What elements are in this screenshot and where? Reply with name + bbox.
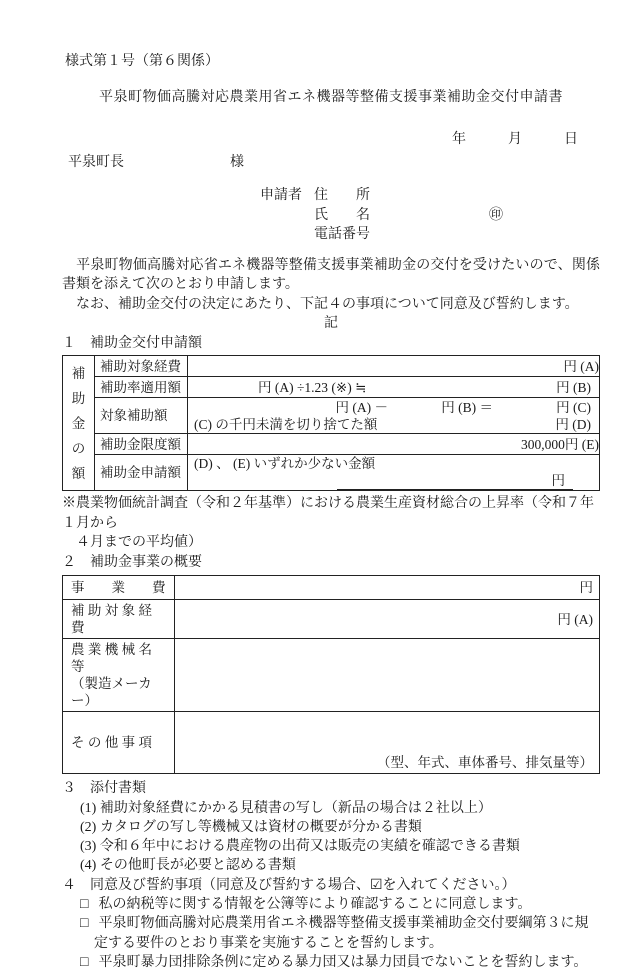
project-overview-table: 事 業 費 円 補 助 対 象 経 費 円 (A) 農 業 機 械 名 等 （製… <box>62 575 600 774</box>
attachment-item-4: (4) その他町長が必要と認める書類 <box>62 856 600 875</box>
rate-formula: 円 (A) ÷1.23 (※) ≒ <box>258 379 366 396</box>
consent-antigang-text: 平泉町暴力団排除条例に定める暴力団又は暴力団員でないことを誓約します。 <box>98 953 587 972</box>
rate-footnote: ※農業物価統計調査（令和２年基準）における農業生産資材総合の上昇率（令和７年１月… <box>62 494 600 553</box>
consent-item-requirements: □ 平泉町物価高騰対応農業用省エネ機器等整備支援事業補助金交付要綱第３に規 <box>62 914 600 933</box>
page-title: 平泉町物価高騰対応農業用省エネ機器等整備支援事業補助金交付申請書 <box>62 86 600 106</box>
checkbox-antigang-pledge[interactable]: □ <box>80 953 88 972</box>
consent-list: □ 私の納税等に関する情報を公簿等により確認することに同意します。 □ 平泉町物… <box>62 895 600 972</box>
rate-applied-row: 円 (A) ÷1.23 (※) ≒ 円 (B) <box>188 379 599 396</box>
rounding-text: (C) の千円未満を切り捨てた額 <box>194 416 377 433</box>
attachment-item-2: (2) カタログの写し等機械又は資材の概要が分かる書類 <box>62 818 600 837</box>
machine-name-label: 農 業 機 械 名 等 （製造メーカー） <box>63 639 175 712</box>
machine-name-label-line2: （製造メーカー） <box>71 675 168 709</box>
project-cost-label: 事 業 費 <box>63 576 175 600</box>
formula-a-minus: 円 (A) － <box>188 399 388 416</box>
preamble-paragraph-1: 平泉町物価高騰対応省エネ機器等整備支援事業補助金の交付を受けたいので、関係書類を… <box>62 256 600 295</box>
addressee-line: 平泉町長 様 <box>68 151 600 171</box>
target-subsidy-rounding-line: (C) の千円未満を切り捨てた額 円 (D) <box>188 416 599 433</box>
consent-requirements-line2: 定する要件のとおり事業を実施することを誓約します。 <box>62 934 600 953</box>
date-line: 年 月 日 <box>62 128 600 148</box>
section4-heading: ４ 同意及び誓約事項（同意及び誓約する場合、☑を入れてください。） <box>62 876 600 896</box>
footnote-line-1: ※農業物価統計調査（令和２年基準）における農業生産資材総合の上昇率（令和７年１月… <box>62 494 600 533</box>
eligible-expense-unit: 円 (A) <box>188 356 600 377</box>
attachments-list: (1) 補助対象経費にかかる見積書の写し（新品の場合は２社以上） (2) カタロ… <box>62 799 600 876</box>
rate-applied-label: 補助率適用額 <box>95 377 188 398</box>
application-form-page: 様式第１号（第６関係） 平泉町物価高騰対応農業用省エネ機器等整備支援事業補助金交… <box>0 0 630 903</box>
subsidy-request-label: 補助金申請額 <box>95 455 188 491</box>
consent-item-tax: □ 私の納税等に関する情報を公簿等により確認することに同意します。 <box>62 895 600 914</box>
honorific-sama: 様 <box>230 151 244 171</box>
request-amount-blank: 円 <box>337 472 573 490</box>
consent-tax-text: 私の納税等に関する情報を公簿等により確認することに同意します。 <box>98 895 531 914</box>
request-amount-line: 円 <box>188 472 599 490</box>
other-items-hint: （型、年式、車体番号、排気量等） <box>175 712 600 774</box>
unit-d: 円 (D) <box>555 416 599 433</box>
record-marker: 記 <box>62 314 600 334</box>
subsidy-amount-group-label: 補助金の額 <box>63 356 95 491</box>
attachment-item-3: (3) 令和６年中における農産物の出荷又は販売の実績を確認できる書類 <box>62 837 600 856</box>
subsidy-limit-label: 補助金限度額 <box>95 434 188 455</box>
section3-heading: ３ 添付書類 <box>62 779 600 799</box>
form-number: 様式第１号（第６関係） <box>65 50 600 70</box>
subsidy-limit-amount: 300,000円 (E) <box>188 434 600 455</box>
request-condition: (D) 、 (E) いずれか少ない金額 <box>188 455 599 472</box>
consent-requirements-line1: 平泉町物価高騰対応農業用省エネ機器等整備支援事業補助金交付要綱第３に規 <box>98 914 588 933</box>
inkan-seal-icon: ㊞ <box>489 206 503 226</box>
eligible-expense-label: 補助対象経費 <box>95 356 188 377</box>
footnote-line-2: ４月までの平均値） <box>62 533 600 553</box>
checkbox-requirements-pledge[interactable]: □ <box>80 914 88 933</box>
address-label: 住 所 <box>314 186 370 206</box>
unit-c: 円 (C) <box>493 399 599 416</box>
project-cost-unit: 円 <box>175 576 600 600</box>
machine-name-field <box>175 639 600 712</box>
preamble: 平泉町物価高騰対応省エネ機器等整備支援事業補助金の交付を受けたいので、関係書類を… <box>62 256 600 315</box>
machine-name-label-line1: 農 業 機 械 名 等 <box>71 641 168 675</box>
section2-heading: ２ 補助金事業の概要 <box>62 553 600 573</box>
eligible-expense2-label: 補 助 対 象 経 費 <box>63 600 175 639</box>
attachment-item-1: (1) 補助対象経費にかかる見積書の写し（新品の場合は２社以上） <box>62 799 600 818</box>
applicant-block: 申請者 住 所 氏 名 ㊞ 電話番号 <box>260 186 600 245</box>
rate-unit: 円 (B) <box>556 379 599 396</box>
other-items-label: そ の 他 事 項 <box>63 712 175 774</box>
phone-label: 電話番号 <box>314 225 370 245</box>
target-subsidy-label: 対象補助額 <box>95 398 188 434</box>
preamble-paragraph-2: なお、補助金交付の決定にあたり、下記４の事項について同意及び誓約します。 <box>62 295 600 315</box>
consent-item-antigang: □ 平泉町暴力団排除条例に定める暴力団又は暴力団員でないことを誓約します。 <box>62 953 600 972</box>
addressee-name: 平泉町長 <box>68 151 124 171</box>
section1-heading: １ 補助金交付申請額 <box>62 334 600 354</box>
formula-b-equals: 円 (B) ＝ <box>388 399 493 416</box>
checkbox-tax-consent[interactable]: □ <box>80 895 88 914</box>
name-label: 氏 名 <box>314 206 370 226</box>
applicant-label: 申請者 <box>260 186 302 245</box>
target-subsidy-formula-line: 円 (A) － 円 (B) ＝ 円 (C) <box>188 399 599 416</box>
eligible-expense2-unit: 円 (A) <box>175 600 600 639</box>
subsidy-amount-table: 補助金の額 補助対象経費 円 (A) 補助率適用額 円 (A) ÷1.23 (※… <box>62 355 600 491</box>
